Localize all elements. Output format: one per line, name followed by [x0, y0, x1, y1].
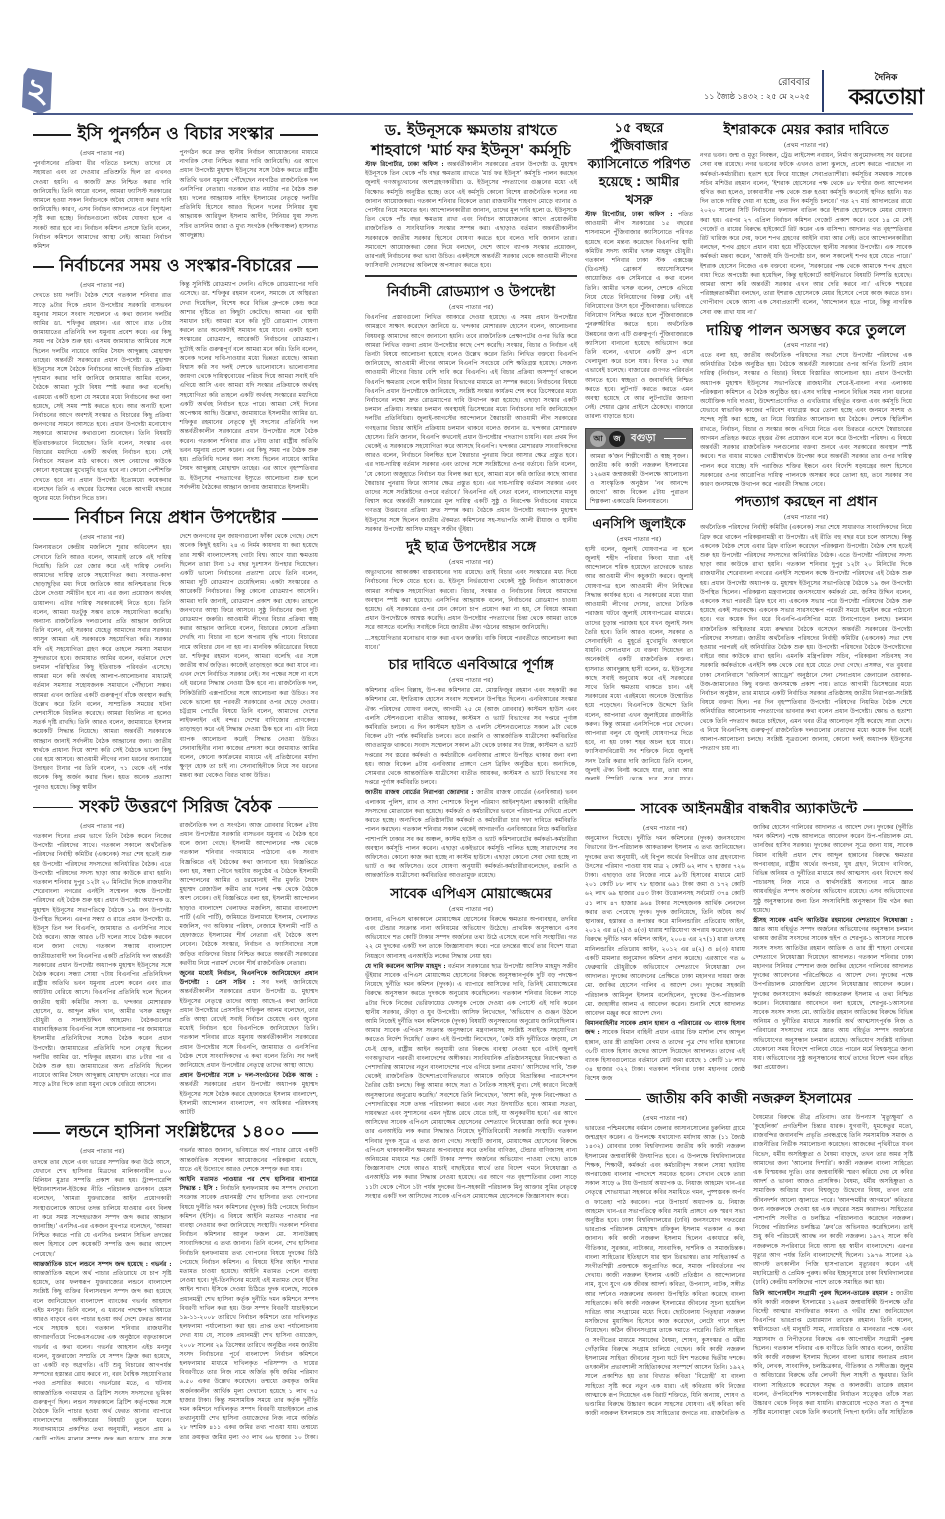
- newspaper-logo[interactable]: দৈনিক করতোয়া: [836, 70, 936, 111]
- divider: [365, 275, 577, 277]
- subhead: যে দাবি করলেন আসিফ মাহমুদ :: [365, 963, 446, 970]
- continued-tag: (প্রথম পাতার পর): [33, 1147, 172, 1156]
- weekday: রোববার: [704, 76, 810, 90]
- article-march-for-yunus[interactable]: ড. ইউনূসকে ক্ষমতায় রাখতে শাহবাগে 'মার্চ…: [365, 120, 577, 270]
- article-ncp-july[interactable]: এনসিপি জুলাইকে (প্রথম পাতার পর) হাসী বলে…: [585, 516, 693, 780]
- article-body: অর্থনৈতিক পরিষদের নির্বাহী কমিটির (একনেক…: [700, 523, 912, 753]
- continued-tag: (প্রথম পাতার পর): [585, 535, 693, 544]
- article-body: পুনর্বাসনের প্রক্রিয়া ধীর গতিতে চলছে। ত…: [33, 159, 172, 251]
- article-body: গতকাল দিনের প্রথম ভাগে তিনি বৈঠক করেন নি…: [33, 832, 172, 1090]
- article-body: এতে বলা হয়, জাতীয় অর্থনৈতিক পরিষদের সভ…: [700, 351, 912, 489]
- headline: সাবেক এপিএস মোয়াজ্জেমের: [365, 884, 577, 904]
- continued-tag: (প্রথম পাতার পর): [585, 824, 745, 833]
- article-body: আন্তর্জাতিক মহলে অর্থ পাচার প্রতিরোধে যে…: [33, 1270, 172, 1440]
- headline: নির্বাচনের সময় ও সংস্কার-বিচারের: [33, 254, 318, 278]
- article-body: মিলনায়তনে কেন্দ্রীয় মজলিসে শূরার অধিবে…: [33, 543, 172, 791]
- narrow-column: ১৫ বছরে পুঁজিবাজার ক্যাসিনোতে পরিণত হয়ে…: [585, 120, 693, 780]
- bogra-notice-box[interactable]: আ জ বগুড়া আমরা ক'জন শিল্পীগোষ্ঠী ও স্বচ…: [585, 428, 693, 510]
- headline: লন্ডনে হাসিনা সংশ্লিষ্টদের ১৪০০: [33, 1120, 318, 1144]
- article-body: অন্তর্বর্তী সরকারের প্রধান উপদেষ্টা অধ্য…: [180, 1081, 319, 1116]
- article-body: অন্তর্বর্তীকালীন সরকারের প্রধান উপদেষ্টা…: [365, 161, 577, 269]
- subhead: তিনি আপোষহীন সংগ্রামী পুরুষ ছিলেন-তারেক …: [753, 1290, 893, 1297]
- article-body: বৈষম্যের বিরুদ্ধে তীব্র প্রতিবাদ। তার উপ…: [753, 1113, 913, 1288]
- header-line: [664, 438, 686, 439]
- aaj-icon: আ: [590, 431, 606, 447]
- article-responsibility[interactable]: দায়িত্ব পালন অসম্ভব করে তুললে (প্রথম পা…: [700, 320, 912, 489]
- article-election-time[interactable]: নির্বাচনের সময় ও সংস্কার-বিচারের (প্রথম…: [33, 254, 318, 504]
- headline: চার দাবিতে এনবিআরে পূর্ণাঙ্গ: [365, 655, 577, 675]
- article-pm-election[interactable]: নির্বাচন নিয়ে প্রধান উপদেষ্টার (প্রথম প…: [33, 506, 318, 793]
- article-ishraque[interactable]: ইশরাককে মেয়র করার দাবিতে (প্রথম পাতার প…: [700, 120, 912, 317]
- middle-column: ড. ইউনূসকে ক্ষমতায় রাখতে শাহবাগে 'মার্চ…: [365, 120, 577, 1420]
- byline: স্টাফ রিপোর্টার, ঢাকা অফিস :: [585, 211, 672, 218]
- headline: ১৫ বছরে পুঁজিবাজার ক্যাসিনোতে পরিণত হয়ে…: [585, 120, 693, 210]
- subhead: স্ত্রীসহ সাবেক এমপি আতিউর রহমানের দেশত্য…: [753, 917, 913, 924]
- continued-tag: (প্রথম পাতার পর): [365, 905, 577, 914]
- continued-tag: (প্রথম পাতার পর): [700, 141, 912, 150]
- article-body: বর্তমান সরকারের ছাত্র উপদেষ্টা আসিফ মাহম…: [365, 963, 577, 1200]
- bogra-notice-body: আমরা ক'জন শিল্পীগোষ্ঠী ও স্বচ্ছ সৃজন। জা…: [586, 449, 692, 509]
- article-body: কিন্তু সুনির্দিষ্ট রোডম্যাপ দেননি। এদিকে…: [180, 280, 319, 503]
- masthead-divider: [822, 70, 824, 112]
- article-body: ভারতের পশ্চিমবঙ্গের বর্ধমান জেলার আসানসো…: [585, 1124, 745, 1415]
- article-body: সাবেক বিমান বাহিনী প্রধান এয়ার চিফ মার্…: [585, 1029, 745, 1082]
- article-london-hasina[interactable]: লন্ডনে হাসিনা সংশ্লিষ্টদের ১৪০০ (প্রথম প…: [33, 1120, 318, 1440]
- logo-title: করতোয়া: [836, 85, 936, 111]
- continued-tag: (প্রথম পাতার পর): [365, 303, 577, 312]
- article-nazrul[interactable]: জাতীয় কবি কাজী নজরুল ইসলামের (প্রথম পাত…: [585, 1087, 913, 1415]
- article-body: হাসী বলেন, জুলাই ঘোষণাপত্র না হলে জুলাই …: [585, 545, 693, 780]
- headline: দুই ছাত্র উপদেষ্টার সঙ্গে: [365, 537, 577, 557]
- headline: পদত্যাগ করছেন না প্রধান: [700, 492, 912, 512]
- article-body: সব দলই জানিয়েছে অন্তর্বর্তীকালীন সরকারে…: [180, 979, 319, 1069]
- logo-prefix: দৈনিক: [836, 70, 936, 85]
- subhead: আন্তর্জাতিক চাপে লন্ডনে সম্পদ জব্দ হয়েছ…: [33, 1261, 172, 1268]
- headline: সংকট উত্তরণে সিরিজ বৈঠক: [33, 795, 318, 819]
- article-body: অভ্যুত্থানের আকাঙ্ক্ষা বাস্তবায়নের দায়…: [365, 568, 577, 632]
- headline: দায়িত্ব পালন অসম্ভব করে তুললে: [700, 320, 912, 340]
- issue-date: ১১ জ্যৈষ্ঠ ১৪৩২ : ২৫ মে ২০২৫: [704, 90, 810, 104]
- right-column: ইশরাককে মেয়র করার দাবিতে (প্রথম পাতার প…: [700, 120, 912, 785]
- headline: নির্বাচন নিয়ে প্রধান উপদেষ্টার: [33, 506, 318, 530]
- article-nbr[interactable]: চার দাবিতে এনবিআরে পূর্ণাঙ্গ (প্রথম পাতা…: [365, 655, 577, 880]
- article-body: বিএনপির প্রস্তাবগুলো লিখিত আকারে দেওয়া …: [365, 313, 577, 534]
- article-body: পতিত আওয়ামী লীগ সরকারের ১৫ বছরের শাসনাম…: [585, 211, 693, 420]
- article-body: নির্বাচনি হলফনামায় কম সম্পদ দেখানো সংক্…: [180, 1185, 319, 1440]
- article-body: অনুমোদন দিয়েছে। দুর্নীতি দমন কমিশনের (দ…: [585, 834, 745, 1018]
- left-column-group: ইসি পুনর্গঠন ও বিচার সংস্কার (প্রথম পাতা…: [33, 120, 318, 1440]
- article-capital-market[interactable]: ১৫ বছরে পুঁজিবাজার ক্যাসিনোতে পরিণত হয়ে…: [585, 120, 693, 422]
- article-law-minister[interactable]: সাবেক আইনমন্ত্রীর বান্ধবীর অ্যাকাউন্টে (…: [585, 797, 913, 1085]
- continued-tag: (প্রথম পাতার পর): [585, 1114, 745, 1123]
- article-body: জাকির হোসেন গালিবের আদালত এ আদেশ দেন। দু…: [753, 823, 913, 915]
- article-body: গভর্নর আরও জানান, ভবিষ্যতে অর্থ পাচার রো…: [180, 1146, 319, 1174]
- subhead: প্রধান উপদেষ্টার সঙ্গে ৮ দল-সংগঠনের বৈঠক…: [180, 1072, 319, 1079]
- continued-tag: (প্রথম পাতার পর): [33, 822, 172, 831]
- continued-tag: (প্রথম পাতার পর): [700, 341, 912, 350]
- continued-tag: (প্রথম পাতার পর): [700, 513, 912, 522]
- byline: স্টাফ রিপোর্টার, ঢাকা অফিস :: [365, 161, 444, 168]
- bogra-label: বগুড়া: [631, 434, 655, 443]
- page-number-badge: ২: [22, 68, 52, 114]
- article-body: কমিশনার এনিপ বিল্লাহ, উপ-কর কমিশনার মো. …: [365, 686, 577, 787]
- article-body: জানায়, এপিএস থাকাকালে মোয়াজ্জেম হোসেনে…: [365, 915, 577, 961]
- article-two-students[interactable]: দুই ছাত্র উপদেষ্টার সঙ্গে (প্রথম পাতার প…: [365, 537, 577, 652]
- article-body: ...সহযোগিতার মনোভাব ব্যক্ত করা এখন জরুরি…: [365, 634, 577, 652]
- article-aps-moazzem[interactable]: সাবেক এপিএস মোয়াজ্জেমের (প্রথম পাতার পর…: [365, 884, 577, 1202]
- article-body: জাতীয় রাজস্ব বোর্ডের (এনবিআর) ভবন এলাকা…: [365, 789, 577, 879]
- headline: ইসি পুনর্গঠন ও বিচার সংস্কার: [33, 122, 318, 146]
- lower-right-section: সাবেক আইনমন্ত্রীর বান্ধবীর অ্যাকাউন্টে (…: [585, 795, 913, 1415]
- article-ec-reform[interactable]: ইসি পুনর্গঠন ও বিচার সংস্কার (প্রথম পাতা…: [33, 122, 318, 252]
- headline: এনসিপি জুলাইকে: [585, 516, 693, 534]
- article-body: তদন্তে তার ছেলে এবং ভাগ্নের সম্পত্তির কথ…: [33, 1158, 172, 1259]
- article-body: পুনর্গঠন করে দ্রুত স্থানীয় নির্বাচন আয়…: [180, 148, 319, 251]
- article-body: রাজনৈতিক দল ও সংগঠন। আজ রোববার বিকেল ৫টা…: [180, 821, 319, 968]
- date-block: রোববার ১১ জ্যৈষ্ঠ ১৪৩২ : ২৫ মে ২০২৫: [704, 76, 810, 104]
- bogra-notice-header: আ জ বগুড়া: [586, 429, 692, 449]
- headline: নির্বাচনী রোডম্যাপ ও উপদেষ্টা: [365, 282, 577, 302]
- article-body: জ্ঞাত আয় বহির্ভূত সম্পদ অর্জনের অভিযোগে…: [753, 926, 913, 1071]
- headline: জাতীয় কবি কাজী নজরুল ইসলামের: [585, 1087, 913, 1111]
- headline: ড. ইউনূসকে ক্ষমতায় রাখতে শাহবাগে 'মার্চ…: [365, 120, 577, 160]
- continued-tag: (প্রথম পাতার পর): [365, 558, 577, 567]
- headline: সাবেক আইনমন্ত্রীর বান্ধবীর অ্যাকাউন্টে: [585, 797, 913, 821]
- masthead: ২ রোববার ১১ জ্যৈষ্ঠ ১৪৩২ : ২৫ মে ২০২৫ দৈ…: [0, 0, 945, 112]
- continued-tag: (প্রথম পাতার পর): [33, 281, 172, 290]
- article-body: নগর ভবন। জন্ম ও মৃত্যু নিবন্ধন, ট্রেড লা…: [700, 151, 912, 317]
- article-body: দেখতে চায় দলটি। বৈঠক শেষে গতকাল শনিবার …: [33, 291, 172, 503]
- subhead: জাতীয় রাজস্ব বোর্ডের নিরাপত্তা জোরদার :: [365, 789, 474, 796]
- continued-tag: (প্রথম পাতার পর): [33, 149, 172, 158]
- headline: ইশরাককে মেয়র করার দাবিতে: [700, 120, 912, 140]
- ja-icon: জ: [609, 431, 625, 447]
- continued-tag: (প্রথম পাতার পর): [365, 676, 577, 685]
- article-not-resigning[interactable]: পদত্যাগ করছেন না প্রধান (প্রথম পাতার পর)…: [700, 492, 912, 753]
- article-body: দেশে জনগণের মূল জায়গাগুলো ফাঁকা থেকে গে…: [180, 532, 319, 792]
- article-body: জাতীয় কবি কাজী নজরুল ইসলামের ১২৬তম জন্ম…: [753, 1290, 913, 1415]
- continued-tag: (প্রথম পাতার পর): [33, 533, 172, 542]
- header-rule: [33, 113, 913, 115]
- article-bnp-roadmap[interactable]: নির্বাচনী রোডম্যাপ ও উপদেষ্টা (প্রথম পাত…: [365, 282, 577, 534]
- article-crisis-meeting[interactable]: সংকট উত্তরণে সিরিজ বৈঠক (প্রথম পাতার পর)…: [33, 795, 318, 1119]
